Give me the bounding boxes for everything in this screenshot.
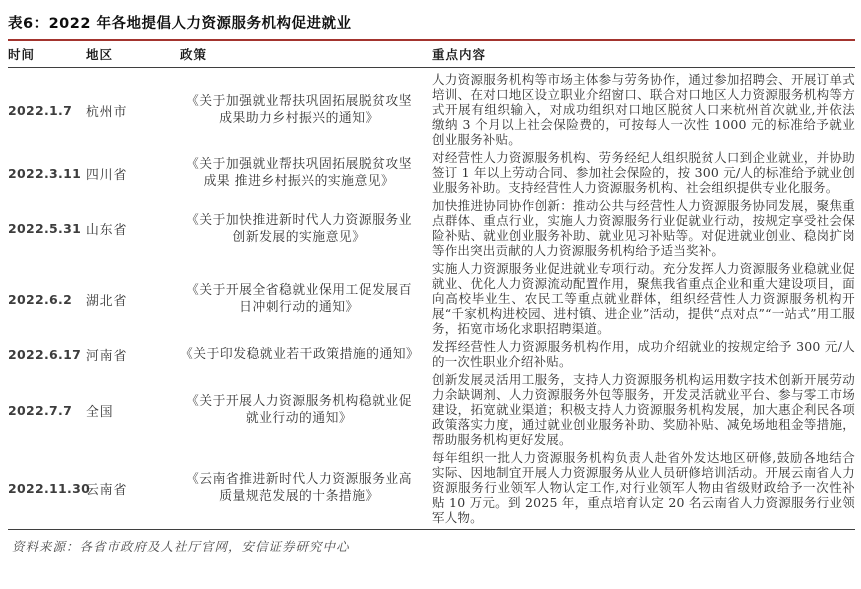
cell-region: 湖北省 <box>86 290 170 309</box>
cell-content: 创新发展灵活用工服务，支持人力资源服务机构运用数字技术创新开展劳动力余缺调剂、人… <box>428 371 855 449</box>
cell-time: 2022.7.7 <box>8 403 86 418</box>
table-row: 2022.3.11 四川省 《关于加强就业帮扶巩固拓展脱贫攻坚成果 推进乡村振兴… <box>8 149 855 197</box>
cell-policy: 《关于印发稳就业若干政策措施的通知》 <box>170 346 428 363</box>
cell-content: 发挥经营性人力资源服务机构作用，成功介绍就业的按规定给予 300 元/人的一次性… <box>428 338 855 371</box>
cell-region: 山东省 <box>86 219 170 238</box>
cell-time: 2022.6.17 <box>8 347 86 362</box>
cell-policy: 《关于开展全省稳就业保用工促发展百日冲刺行动的通知》 <box>170 282 428 316</box>
source-note: 资料来源：各省市政府及人社厅官网，安信证券研究中心 <box>8 530 855 555</box>
column-header-time: 时间 <box>8 45 86 63</box>
cell-region: 杭州市 <box>86 101 170 120</box>
cell-content: 实施人力资源服务业促进就业专项行动。充分发挥人力资源服务业稳就业促就业、优化人力… <box>428 260 855 338</box>
cell-content: 人力资源服务机构等市场主体参与劳务协作，通过参加招聘会、开展订单式培训、在对口地… <box>428 71 855 149</box>
table-row: 2022.5.31 山东省 《关于加快推进新时代人力资源服务业创新发展的实施意见… <box>8 197 855 260</box>
column-header-region: 地区 <box>86 45 170 63</box>
column-header-policy: 政策 <box>170 45 428 63</box>
cell-region: 云南省 <box>86 479 170 498</box>
table-title: 表6：2022 年各地提倡人力资源服务机构促进就业 <box>8 10 855 39</box>
table-row: 2022.1.7 杭州市 《关于加强就业帮扶巩固拓展脱贫攻坚成果助力乡村振兴的通… <box>8 71 855 149</box>
title-underline <box>8 39 855 41</box>
cell-content: 加快推进协同协作创新：推动公共与经营性人力资源服务协同发展，聚焦重点群体、重点行… <box>428 197 855 260</box>
cell-time: 2022.5.31 <box>8 221 86 236</box>
cell-region: 河南省 <box>86 345 170 364</box>
table-row: 2022.7.7 全国 《关于开展人力资源服务机构稳就业促就业行动的通知》 创新… <box>8 371 855 449</box>
cell-time: 2022.6.2 <box>8 292 86 307</box>
cell-policy: 《关于加强就业帮扶巩固拓展脱贫攻坚成果 推进乡村振兴的实施意见》 <box>170 156 428 190</box>
cell-policy: 《关于开展人力资源服务机构稳就业促就业行动的通知》 <box>170 393 428 427</box>
table-body: 2022.1.7 杭州市 《关于加强就业帮扶巩固拓展脱贫攻坚成果助力乡村振兴的通… <box>8 68 855 527</box>
column-header-content: 重点内容 <box>428 45 855 63</box>
report-table-page: 表6：2022 年各地提倡人力资源服务机构促进就业 时间 地区 政策 重点内容 … <box>0 0 861 589</box>
cell-content: 每年组织一批人力资源服务机构负责人赴省外发达地区研修,鼓励各地结合实际、因地制宜… <box>428 449 855 527</box>
cell-region: 全国 <box>86 401 170 420</box>
cell-time: 2022.11.30 <box>8 481 86 496</box>
cell-policy: 《关于加强就业帮扶巩固拓展脱贫攻坚成果助力乡村振兴的通知》 <box>170 93 428 127</box>
cell-content: 对经营性人力资源服务机构、劳务经纪人组织脱贫人口到企业就业，并协助签订 1 年以… <box>428 149 855 197</box>
table-header: 时间 地区 政策 重点内容 <box>8 42 855 68</box>
cell-time: 2022.1.7 <box>8 103 86 118</box>
table-row: 2022.6.17 河南省 《关于印发稳就业若干政策措施的通知》 发挥经营性人力… <box>8 338 855 371</box>
cell-policy: 《关于加快推进新时代人力资源服务业创新发展的实施意见》 <box>170 212 428 246</box>
cell-time: 2022.3.11 <box>8 166 86 181</box>
cell-region: 四川省 <box>86 164 170 183</box>
table-row: 2022.11.30 云南省 《云南省推进新时代人力资源服务业高质量规范发展的十… <box>8 449 855 527</box>
cell-policy: 《云南省推进新时代人力资源服务业高质量规范发展的十条措施》 <box>170 471 428 505</box>
table-row: 2022.6.2 湖北省 《关于开展全省稳就业保用工促发展百日冲刺行动的通知》 … <box>8 260 855 338</box>
